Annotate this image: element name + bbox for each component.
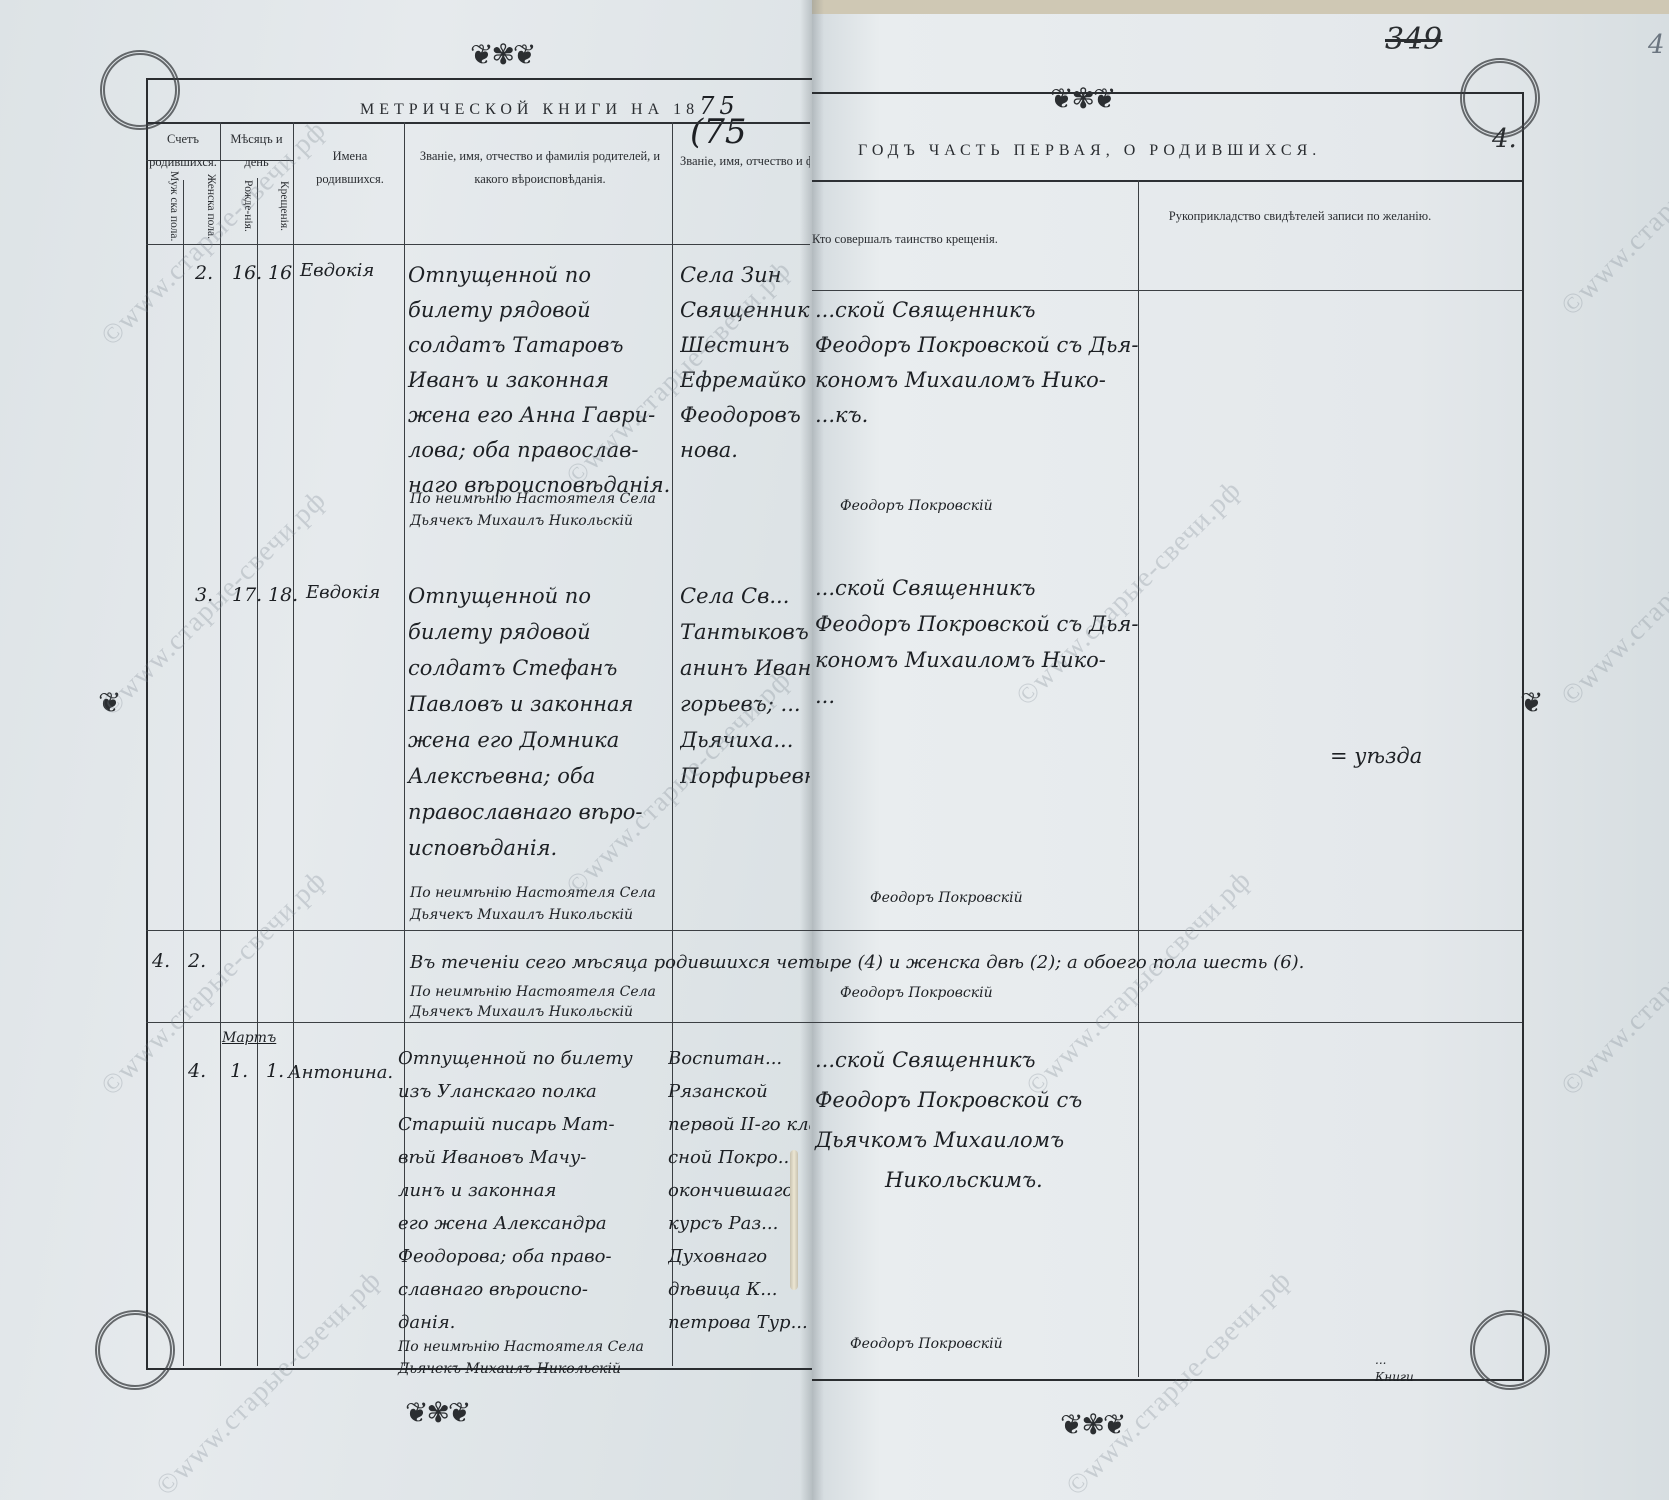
ornament-top-right-center-icon: ❦✾❦ [1050, 86, 1114, 114]
text-line: солдатъ Стефанъ [408, 650, 642, 686]
signature-block: По неимѣнію Настоятеля Села Дьячекъ Миха… [410, 982, 656, 1022]
text-line: Книги [1375, 1369, 1414, 1386]
text-line: Алексѣевна; оба [408, 758, 642, 794]
text-line: билету рядовой [408, 614, 642, 650]
text-line: ...ской Священникъ [815, 570, 1138, 606]
text-line: ...ской Священникъ [815, 293, 1138, 328]
col-divider [293, 122, 294, 1366]
text-line: Духовнаго [668, 1240, 810, 1273]
text-line: сной Покро... [668, 1141, 810, 1174]
birth-day: 16. [232, 262, 262, 284]
text-line: вѣй Ивановъ Мачу- [398, 1141, 633, 1174]
child-name: Антонина. [288, 1062, 393, 1083]
text-line: дѣвица К... [668, 1273, 810, 1306]
month-label: Мартъ [222, 1030, 276, 1046]
baptism-day: 18. [268, 584, 298, 606]
ornament-corner-bottom-left-icon [95, 1310, 175, 1390]
text-line: Феодоровъ [680, 398, 810, 433]
signature-line: По неимѣнію Настоятеля Села [398, 1336, 644, 1358]
ornament-top-left-center-icon: ❦✾❦ [470, 42, 534, 70]
signature-priest: Феодоръ Покровскій [840, 985, 993, 1001]
ornament-corner-top-left-icon [100, 50, 180, 130]
col-header-male: Муж ска пола. [150, 170, 180, 242]
text-line: Села Св... [680, 578, 810, 614]
text-line: нова. [680, 433, 810, 468]
ornament-right-side-icon: ❦ [1520, 690, 1541, 718]
col-header-count: Счетъ родившихся. [146, 128, 220, 174]
parents-text: Отпущенной по билету рядовой солдатъ Тат… [408, 258, 678, 503]
text-line: Дьячкомъ Михаиломъ [815, 1120, 1082, 1160]
text-line: билету рядовой [408, 293, 678, 328]
child-name: Евдокія [306, 582, 380, 603]
signature-line: Дьячекъ Михаилъ Никольскій [410, 904, 656, 926]
male-count: 4. [152, 950, 170, 972]
baptism-day: 1. [266, 1060, 284, 1082]
parents-text: Отпущенной по билету рядовой солдатъ Сте… [408, 578, 642, 866]
folio-mark: (75 [690, 112, 747, 152]
text-line: Феодорова; оба право- [398, 1240, 633, 1273]
binding-string [790, 1150, 798, 1290]
text-line: его жена Александра [398, 1207, 633, 1240]
signature-block: По неимѣнію Настоятеля Села Дьячекъ Миха… [410, 882, 656, 926]
text-line: данія. [398, 1306, 633, 1339]
header-rule [812, 180, 1522, 182]
child-name: Евдокія [300, 260, 374, 281]
signature-block: По неимѣнію Настоятеля Села Дьячекъ Миха… [398, 1336, 644, 1380]
page-number: 4. [1492, 124, 1517, 154]
witness-note: ... Книги [1375, 1352, 1414, 1386]
signature-line: Дьячекъ Михаилъ Никольскій [410, 510, 656, 532]
text-line: ... [815, 678, 1138, 714]
signature-line: По неимѣнію Настоятеля Села [410, 982, 656, 1002]
female-count: 4. [188, 1060, 206, 1082]
row-divider [146, 930, 1522, 931]
parents-text: Отпущенной по билету изъ Уланскаго полка… [398, 1042, 633, 1339]
col-header-parents: Званіе, имя, отчество и фамилія родителе… [412, 145, 668, 191]
signature-line: По неимѣнію Настоятеля Села [410, 882, 656, 904]
text-line: славнаго вѣроиспо- [398, 1273, 633, 1306]
signature-priest: Феодоръ Покровскій [870, 890, 1023, 906]
signature-block: По неимѣнію Настоятеля Села Дьячекъ Миха… [410, 488, 656, 532]
text-line: Павловъ и законная [408, 686, 642, 722]
text-line: Воспитан... [668, 1042, 810, 1075]
text-line: Никольскимъ. [815, 1160, 1082, 1200]
text-line: линъ и законная [398, 1174, 633, 1207]
text-line: кономъ Михаиломъ Нико- [815, 363, 1138, 398]
birth-day: 1. [230, 1060, 248, 1082]
left-page-title: МЕТРИЧЕСКОЙ КНИГИ НА 1875 [360, 92, 740, 120]
text-line: ... [1375, 1352, 1414, 1369]
row-divider [146, 1022, 1522, 1023]
text-line: Отпущенной по [408, 578, 642, 614]
col-header-witnesses: Рукоприкладство свидѣтелей записи по жел… [1150, 205, 1450, 228]
text-line: жена его Домника [408, 722, 642, 758]
godparents-text: Воспитан... Рязанской первой II-го клас-… [668, 1042, 810, 1339]
right-page-title: ГОДЪ ЧАСТЬ ПЕРВАЯ, О РОДИВШИХСЯ. [858, 142, 1321, 160]
text-line: солдатъ Татаровъ [408, 328, 678, 363]
text-line: окончившаго [668, 1174, 810, 1207]
text-line: лова; оба православ- [408, 433, 678, 468]
signature-priest: Феодоръ Покровскій [850, 1336, 1003, 1352]
header-bottom-rule [812, 290, 1522, 291]
text-line: Тантыковъ [680, 614, 810, 650]
col-divider [183, 180, 184, 1366]
top-paper-edge [812, 0, 1669, 14]
text-line: Отпущенной по [408, 258, 678, 293]
text-line: ...къ. [815, 398, 1138, 433]
signature-line: По неимѣнію Настоятеля Села [410, 488, 656, 510]
female-count: 2. [188, 950, 206, 972]
signature-line: Дьячекъ Михаилъ Никольскій [410, 1002, 656, 1022]
text-line: православнаго вѣро- [408, 794, 642, 830]
text-line: Феодоръ Покровской съ Дья- [815, 328, 1138, 363]
text-line: Старшій писарь Мат- [398, 1108, 633, 1141]
signature-line: Дьячекъ Михаилъ Никольскій [398, 1358, 644, 1380]
corner-mark: 4 [1648, 30, 1665, 60]
col-header-godparents: Званіе, имя, отчество и фамилія воспріем… [680, 150, 810, 173]
baptism-day: 16 [268, 262, 292, 284]
archive-folio-number: 349 [1385, 22, 1442, 57]
col-divider [257, 178, 258, 1366]
text-line: Рязанской [668, 1075, 810, 1108]
header-rule [146, 122, 810, 124]
title-text: МЕТРИЧЕСКОЙ КНИГИ НА 18 [360, 101, 699, 118]
text-line: Отпущенной по билету [398, 1042, 633, 1075]
text-line: курсъ Раз... [668, 1207, 810, 1240]
header-bottom-rule [146, 244, 810, 245]
text-line: изъ Уланскаго полка [398, 1075, 633, 1108]
margin-note: = уѣзда [1330, 744, 1422, 768]
signature-priest: Феодоръ Покровскій [840, 498, 993, 514]
ornament-corner-bottom-right-icon [1470, 1310, 1550, 1390]
col-divider [220, 122, 221, 1366]
col-header-officiant: Кто совершалъ таинство крещенія. [812, 228, 1102, 251]
text-line: первой II-го клас- [668, 1108, 810, 1141]
officiant-text: ...ской Священникъ Феодоръ Покровской съ… [815, 293, 1138, 433]
ornament-bottom-left-icon: ❦✾❦ [405, 1400, 469, 1428]
text-line: петрова Тур... [668, 1306, 810, 1339]
